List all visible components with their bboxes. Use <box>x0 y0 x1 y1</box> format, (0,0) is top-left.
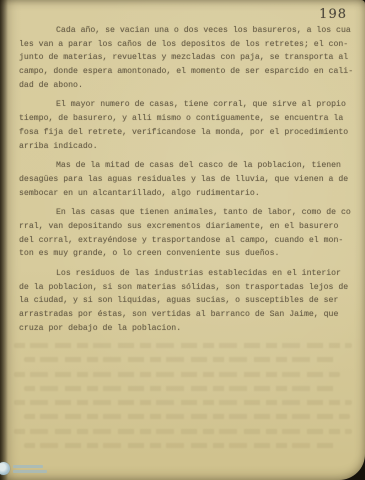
text-line: Cada año, se vacian una o dos veces los … <box>19 24 353 38</box>
text-line: desagües para las aguas residuales y las… <box>19 173 353 187</box>
text-line: ton es muy grande, o lo creen convenient… <box>19 247 353 261</box>
scan-edge-shadow <box>0 0 8 480</box>
paper-sheet: 198 Cada año, se vacian una o dos veces … <box>0 0 365 480</box>
bleedthrough-line <box>14 429 352 434</box>
text-line: El mayor numero de casas, tiene corral, … <box>19 98 353 112</box>
text-line: junto de materias, revueltas y mezcladas… <box>19 51 353 65</box>
paragraph: En las casas que tienen animales, tanto … <box>19 206 353 261</box>
paragraph: El mayor numero de casas, tiene corral, … <box>19 98 353 153</box>
bleedthrough-line <box>14 372 340 377</box>
text-line: campo, donde espera amontonado, el momen… <box>19 65 353 79</box>
text-line: sembocar en un alcantarillado, algo rudi… <box>19 187 353 201</box>
text-line: dad de abono. <box>19 79 353 93</box>
text-line: fosa fija del retrete, verificandose la … <box>19 126 353 140</box>
text-line: arriba indicado. <box>19 140 353 154</box>
text-line: Mas de la mitad de casas del casco de la… <box>19 159 353 173</box>
paragraph: Los residuos de las industrias estableci… <box>19 267 353 335</box>
bleedthrough-line <box>14 343 352 348</box>
paragraph: Cada año, se vacian una o dos veces los … <box>19 24 353 92</box>
text-line: de la poblacion, si son materias sólidas… <box>19 281 353 295</box>
bleedthrough-line <box>14 400 352 405</box>
watermark-text-line <box>13 465 43 468</box>
circular-emblem-icon <box>0 462 10 475</box>
paragraph: Mas de la mitad de casas del casco de la… <box>19 159 353 200</box>
scanned-document-page: { "page": { "number": "198" }, "document… <box>0 0 365 480</box>
typewritten-text: Cada año, se vacian una o dos veces los … <box>19 24 353 341</box>
page-number: 198 <box>319 7 347 22</box>
bleedthrough-line <box>24 386 339 391</box>
text-line: tiempo, de basurero, y alli mismo o cont… <box>19 112 353 126</box>
text-line: rral, van depositando sus excrementos di… <box>19 220 353 234</box>
watermark-text-line <box>13 470 47 473</box>
text-line: Los residuos de las industrias estableci… <box>19 267 353 281</box>
text-line: arrastradas por éstas, son vertidas al b… <box>19 308 353 322</box>
bleedthrough-line <box>24 357 339 362</box>
text-line: cruza por debajo de la poblacion. <box>19 322 353 336</box>
text-line: la ciudad, y si son liquidas, aguas suci… <box>19 294 353 308</box>
text-line: En las casas que tienen animales, tanto … <box>19 206 353 220</box>
text-line: del corral, extrayéndose y trasportandos… <box>19 234 353 248</box>
text-line: les van a parar los caños de los deposit… <box>19 38 353 52</box>
bleedthrough-line <box>24 414 350 419</box>
library-watermark <box>0 461 49 477</box>
bleedthrough-line <box>24 443 339 448</box>
reverse-side-bleedthrough <box>14 343 352 457</box>
